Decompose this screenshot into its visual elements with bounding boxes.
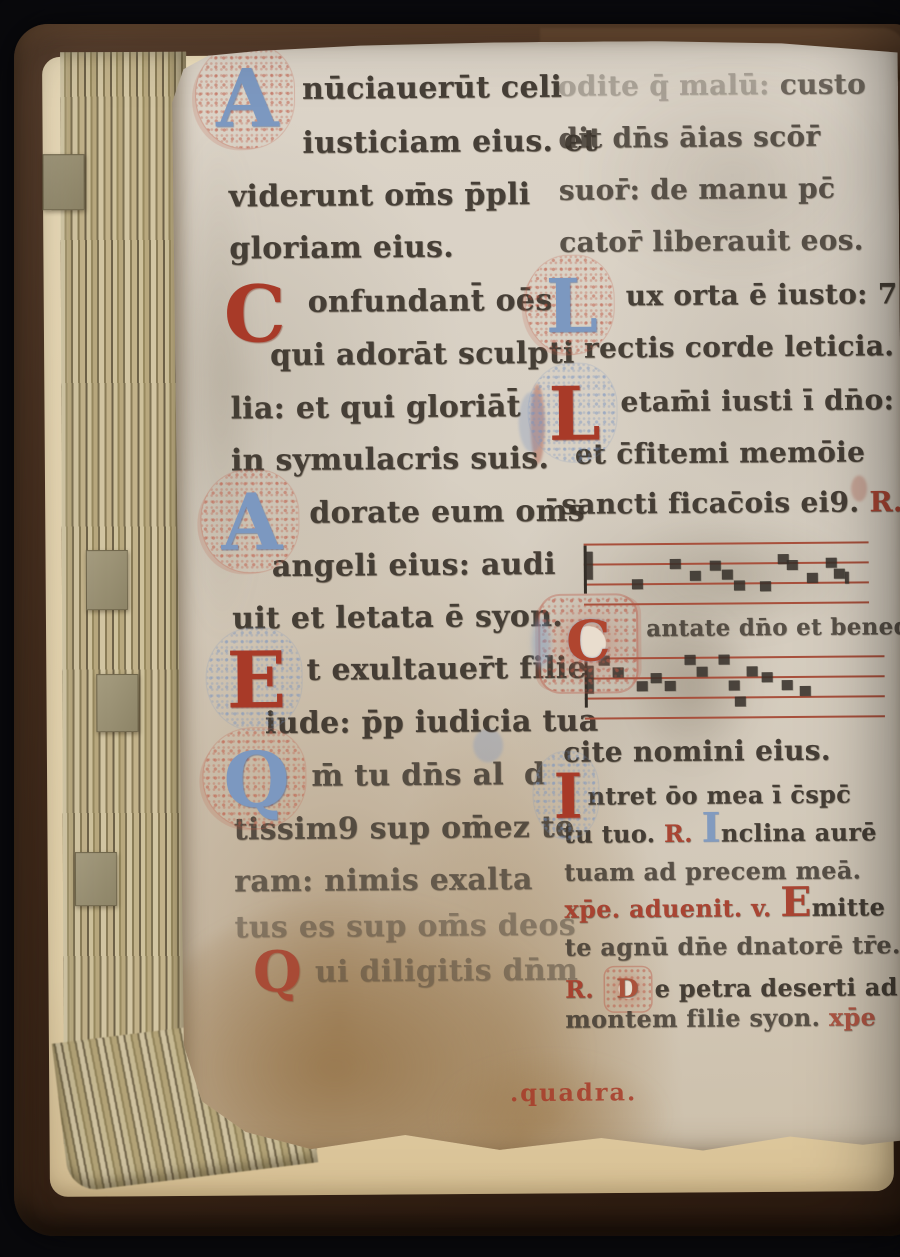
right-line-14: tuam ad precem meā. bbox=[564, 855, 861, 886]
text-segment: dorate eum om̄s bbox=[309, 494, 585, 531]
neume bbox=[585, 566, 593, 580]
text-segment: suor̄: de manu pc̄ bbox=[559, 172, 836, 207]
initial-L-letamini: L bbox=[548, 380, 601, 451]
neume bbox=[735, 696, 746, 706]
text-segment: sancti ficac̄ois ei9. bbox=[561, 485, 859, 520]
neume bbox=[718, 655, 729, 665]
text-segment: e petra deserti ad bbox=[655, 972, 898, 1003]
neume bbox=[697, 667, 708, 677]
text-segment: R. bbox=[565, 975, 603, 1004]
text-segment: mitte bbox=[812, 892, 886, 922]
catchword-quadra: .quadra. bbox=[510, 1077, 638, 1107]
neume bbox=[722, 569, 733, 579]
neume bbox=[710, 561, 721, 571]
initial-C-cantate: C bbox=[540, 595, 637, 692]
left-line-6: qui adorāt sculpti bbox=[270, 336, 575, 373]
neume bbox=[834, 569, 845, 579]
left-line-5: onfundant̄ oēs bbox=[308, 283, 553, 320]
text-segment: m̄ tu dn̄s al bbox=[311, 757, 504, 794]
right-line-9: sancti ficac̄ois ei9. R. bbox=[561, 485, 900, 521]
text-segment: R. bbox=[664, 819, 702, 848]
right-line-7: etam̄i iusti ī dn̄o: bbox=[620, 383, 894, 418]
right-line-4: cator̄ liberauit eos. bbox=[559, 223, 864, 258]
right-line-3: suor̄: de manu pc̄ bbox=[559, 172, 836, 207]
left-line-3: viderunt om̄s p̄pli bbox=[229, 177, 531, 214]
left-line-13: iude: p̄p iudicia tua bbox=[265, 704, 599, 742]
fore-edge-tab bbox=[75, 852, 117, 906]
left-line-4: gloriam eius. bbox=[229, 230, 454, 267]
right-line-5: ux orta ē iusto: 7 bbox=[625, 277, 897, 312]
ornate-letter: C bbox=[566, 608, 611, 674]
right-line-10: antate dn̄o et benedi bbox=[646, 613, 900, 642]
neume bbox=[729, 680, 740, 690]
left-line-8: in symulacris suis. bbox=[231, 441, 550, 478]
left-line-16: ram: nimis exalta bbox=[234, 862, 533, 899]
neume bbox=[734, 580, 745, 590]
neume bbox=[845, 572, 849, 584]
left-line-10: angeli eius: audi bbox=[272, 547, 556, 584]
text-segment: xp̄e. aduenit. v. bbox=[564, 893, 780, 924]
text-segment: montem filie syon. bbox=[565, 1003, 829, 1034]
fore-edge-tab bbox=[42, 154, 84, 210]
left-line-14: m̄ tu dn̄s ald bbox=[311, 757, 545, 794]
neume bbox=[787, 560, 798, 570]
neume bbox=[690, 571, 701, 581]
right-line-8: et c̄fitemi memōie bbox=[575, 435, 866, 470]
text-segment: et c̄fitemi memōie bbox=[575, 435, 866, 470]
text-segment: dit dn̄s āias scōr̄ bbox=[558, 120, 820, 155]
text-segment: lia: et qui gloriāt̄ bbox=[230, 389, 521, 426]
text-segment: in symulacris suis. bbox=[231, 441, 550, 478]
text-segment: qui adorāt sculpti bbox=[270, 336, 575, 373]
right-line-16: te agnū dn̄e dnatorē tr̄e. bbox=[565, 930, 900, 962]
text-segment: ui diligitis dn̄m bbox=[315, 953, 578, 990]
neume bbox=[684, 655, 695, 665]
text-segment: cator̄ liberauit eos. bbox=[559, 223, 864, 258]
text-segment: R. bbox=[859, 485, 900, 518]
text-segment: antate dn̄o et benedi bbox=[646, 613, 900, 642]
text-segment: viderunt om̄s p̄pli bbox=[229, 177, 531, 214]
neume bbox=[800, 686, 811, 696]
right-line-6: rectis corde leticia. bbox=[584, 329, 894, 364]
text-segment: etam̄i iusti ī dn̄o: bbox=[620, 383, 894, 418]
initial-C-confundantur: C bbox=[223, 278, 286, 353]
right-line-18: montem filie syon. xp̄e bbox=[565, 1002, 876, 1033]
right-line-17: R. De petra deserti ad bbox=[565, 965, 898, 1004]
neume bbox=[762, 672, 773, 682]
right-line-2: dit dn̄s āias scōr̄ bbox=[558, 120, 820, 155]
text-segment: I bbox=[701, 804, 721, 852]
initial-I-intret: I bbox=[553, 768, 582, 827]
left-line-2: iusticiam eius. et bbox=[302, 124, 597, 161]
right-line-15: xp̄e. aduenit. v. Emitte bbox=[564, 892, 885, 924]
text-segment: uit et letata ē syon. bbox=[232, 599, 563, 637]
neume bbox=[826, 558, 837, 568]
left-line-11: uit et letata ē syon. bbox=[232, 599, 563, 637]
initial-E-et-exultaverunt: E bbox=[226, 644, 286, 719]
text-segment: nūciauerūt celi bbox=[302, 70, 562, 107]
text-segment: ram: nimis exalta bbox=[234, 862, 533, 899]
neume bbox=[760, 581, 771, 591]
neume bbox=[747, 666, 758, 676]
neume bbox=[632, 579, 643, 589]
initial-Q-qui-diligitis: Q bbox=[253, 946, 302, 1000]
text-segment: tuam ad precem meā. bbox=[564, 855, 861, 886]
neume bbox=[670, 559, 681, 569]
left-line-9: dorate eum om̄s bbox=[309, 494, 585, 531]
neume bbox=[585, 552, 593, 566]
text-segment: te agnū dn̄e dnatorē tr̄e. bbox=[565, 930, 900, 962]
text-segment: onfundant̄ oēs bbox=[308, 283, 553, 320]
fore-edge-tab bbox=[86, 550, 128, 610]
text-segment: angeli eius: audi bbox=[272, 547, 556, 584]
initial-A-adorate: A bbox=[221, 486, 282, 561]
text-segment: gloriam eius. bbox=[229, 230, 454, 267]
photo-of-manuscript: { "palette": { "background": "#0e0e13", … bbox=[0, 0, 900, 1257]
initial-Q-quoniam: Q bbox=[223, 744, 290, 817]
left-line-7: lia: et qui gloriāt̄ bbox=[230, 389, 521, 426]
neume bbox=[782, 680, 793, 690]
text-segment: iude: p̄p iudicia tua bbox=[265, 704, 599, 742]
parchment-page-edges bbox=[60, 52, 190, 1144]
text-segment: ux orta ē iusto: 7 bbox=[625, 277, 897, 312]
text-segment: rectis corde leticia. bbox=[584, 329, 894, 364]
text-segment: xp̄e bbox=[829, 1002, 876, 1031]
text-segment: nclina aurē bbox=[721, 817, 877, 847]
neume bbox=[807, 573, 818, 583]
text-segment: E bbox=[780, 878, 812, 926]
left-line-18: ui diligitis dn̄m bbox=[315, 953, 578, 990]
neume bbox=[637, 681, 648, 691]
initial-L-lux-orta: L bbox=[545, 272, 598, 343]
neume bbox=[665, 681, 676, 691]
neume bbox=[651, 673, 662, 683]
left-line-1: nūciauerūt celi bbox=[302, 70, 562, 107]
right-line-1: odite q̄ malū: custo bbox=[558, 67, 866, 102]
text-segment: cite nomini eius. bbox=[563, 734, 831, 769]
fore-edge-tab bbox=[96, 674, 138, 732]
initial-A-annunciaverunt: A bbox=[216, 60, 279, 136]
text-segment: custo bbox=[770, 67, 867, 101]
right-line-11: cite nomini eius.ʒ bbox=[563, 733, 900, 769]
text-segment: iusticiam eius. et bbox=[302, 124, 597, 161]
right-line-13: tu tuo. R. Inclina aurē bbox=[564, 817, 877, 848]
manuscript-page: A C A E Q Q nūciauerūt celi iusticiam ei… bbox=[172, 39, 900, 1157]
text-segment: odite q̄ malū: bbox=[558, 68, 770, 103]
